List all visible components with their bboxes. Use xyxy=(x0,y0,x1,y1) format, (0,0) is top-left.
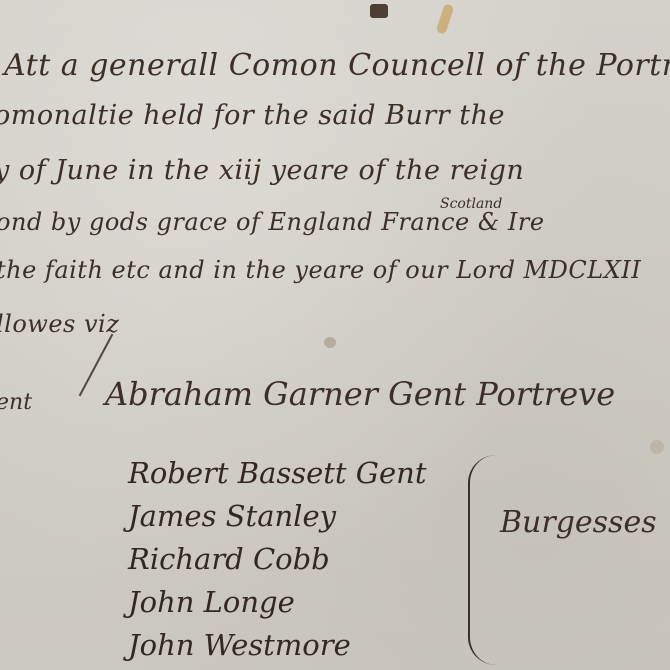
members-title: Burgesses xyxy=(500,505,657,540)
text-line-3: y of June in the xiij yeare of the reign xyxy=(0,155,524,186)
member-name: Robert Bassett Gent xyxy=(128,452,426,495)
members-list: Robert Bassett Gent James Stanley Richar… xyxy=(128,452,426,667)
text-line-1: Att a generall Comon Councell of the Por… xyxy=(4,48,670,83)
text-line-2: omonaltie held for the said Burr the xyxy=(0,100,505,131)
ink-blot xyxy=(370,4,388,18)
member-name: John Westmore xyxy=(128,624,426,667)
member-name: James Stanley xyxy=(128,495,426,538)
present-label: ent xyxy=(0,390,32,415)
text-line-4: ond by gods grace of England France & Ir… xyxy=(0,208,545,236)
portreeve-name: Abraham Garner Gent Portreve xyxy=(105,375,615,413)
grouping-brace xyxy=(468,455,496,665)
paper-stain xyxy=(324,337,336,348)
paper-stain xyxy=(650,440,664,454)
manuscript-page: Att a generall Comon Councell of the Por… xyxy=(0,0,670,670)
member-name: Richard Cobb xyxy=(128,538,426,581)
ochre-stain xyxy=(436,3,455,35)
member-name: John Longe xyxy=(128,581,426,624)
text-line-5: the faith etc and in the yeare of our Lo… xyxy=(0,256,641,284)
text-line-6: llowes viz xyxy=(0,310,119,338)
